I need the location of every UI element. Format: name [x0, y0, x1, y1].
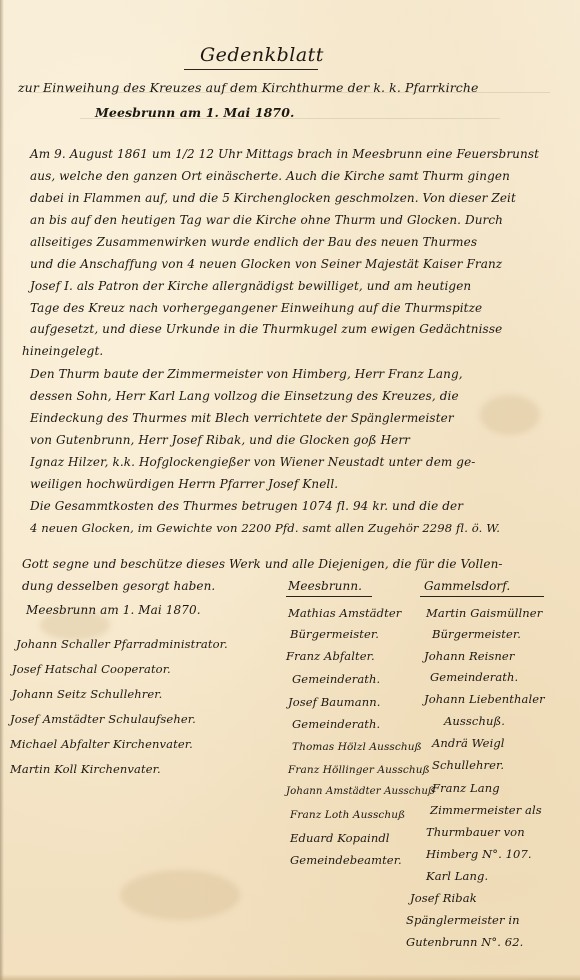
signatory: Franz Lang — [432, 781, 500, 795]
body-line: hineingelegt. — [22, 344, 103, 358]
signatory-role: Schullehrer. — [432, 758, 504, 772]
signatory: Franz Loth Ausschuß — [290, 809, 405, 821]
signatory: Johann Amstädter Ausschuß — [286, 786, 435, 797]
signatory-role: Gemeinderath. — [292, 717, 380, 731]
body-line: Ignaz Hilzer, k.k. Hofglockengießer von … — [30, 455, 475, 469]
signatory-role: Gemeinderath. — [430, 670, 518, 684]
paper-stain — [480, 395, 540, 435]
signatory: Franz Abfalter. — [286, 649, 375, 663]
signatory: Josef Amstädter Schulaufseher. — [10, 712, 196, 726]
signatory: Franz Höllinger Ausschuß — [288, 764, 430, 776]
column-heading-meesbrunn: Meesbrunn. — [288, 579, 362, 593]
signatory: Martin Koll Kirchenvater. — [10, 762, 161, 776]
body-line: Die Gesammtkosten des Thurmes betrugen 1… — [30, 499, 463, 513]
signatory: Johann Liebenthaler — [424, 692, 545, 706]
document-title: Gedenkblatt — [200, 44, 324, 66]
body-line: Eindeckung des Thurmes mit Blech verrich… — [30, 411, 454, 425]
signatory: Mathias Amstädter — [288, 606, 401, 620]
paper-stain — [120, 870, 240, 920]
body-line: weiligen hochwürdigen Herrn Pfarrer Jose… — [30, 477, 338, 491]
signatory-role: Bürgermeister. — [290, 627, 379, 641]
closing-line: dung desselben gesorgt haben. — [22, 579, 215, 593]
signatory: Andrä Weigl — [432, 736, 505, 750]
place-date: Meesbrunn am 1. Mai 1870. — [26, 603, 201, 617]
body-line: aus, welche den ganzen Ort einäscherte. … — [30, 169, 510, 183]
signatory: Karl Lang. — [426, 869, 488, 883]
signatory: Josef Ribak — [410, 891, 477, 905]
title-underline — [184, 69, 318, 70]
body-line: an bis auf den heutigen Tag war die Kirc… — [30, 213, 503, 227]
signatory-role: Gemeinderath. — [292, 672, 380, 686]
body-line: Am 9. August 1861 um 1/2 12 Uhr Mittags … — [30, 147, 539, 161]
signatory-role: Thurmbauer von — [426, 825, 525, 839]
signatory: Josef Baumann. — [288, 695, 381, 709]
signatory-role: Bürgermeister. — [432, 627, 521, 641]
body-line: Tage des Kreuz nach vorhergegangener Ein… — [30, 301, 482, 315]
body-line: von Gutenbrunn, Herr Josef Ribak, und di… — [30, 433, 410, 447]
signatory-role: Gutenbrunn N°. 62. — [406, 935, 523, 949]
signatory: Eduard Kopaindl — [290, 831, 390, 845]
signatory: Martin Gaismüllner — [426, 606, 542, 620]
signatory: Johann Seitz Schullehrer. — [12, 687, 162, 701]
signatory-role: Ausschuß. — [444, 714, 505, 728]
body-line: dabei in Flammen auf, und die 5 Kircheng… — [30, 191, 516, 205]
signatory: Josef Hatschal Cooperator. — [12, 662, 171, 676]
body-line: 4 neuen Glocken, im Gewichte von 2200 Pf… — [30, 521, 500, 535]
body-line: allseitiges Zusammenwirken wurde endlich… — [30, 235, 477, 249]
signatory-role: Gemeindebeamter. — [290, 853, 402, 867]
heading-underline — [286, 596, 372, 597]
closing-line: Gott segne und beschütze dieses Werk und… — [22, 557, 503, 571]
subtitle-line: Meesbrunn am 1. Mai 1870. — [95, 105, 294, 120]
signatory: Michael Abfalter Kirchenvater. — [10, 737, 193, 751]
paper-edge-left — [0, 0, 4, 980]
paper-edge-bottom — [0, 974, 580, 980]
signatory: Johann Reisner — [424, 649, 514, 663]
column-heading-gammelsdorf: Gammelsdorf. — [424, 579, 510, 593]
body-line: dessen Sohn, Herr Karl Lang vollzog die … — [30, 389, 459, 403]
signatory-role: Zimmermeister als — [430, 803, 542, 817]
body-line: aufgesetzt, und diese Urkunde in die Thu… — [30, 322, 502, 336]
signatory-role: Himberg N°. 107. — [426, 847, 532, 861]
subtitle-line: zur Einweihung des Kreuzes auf dem Kirch… — [18, 80, 479, 95]
signatory-role: Spänglermeister in — [406, 913, 520, 927]
body-line: Josef I. als Patron der Kirche allergnäd… — [30, 279, 471, 293]
body-line: Den Thurm baute der Zimmermeister von Hi… — [30, 367, 463, 381]
heading-underline — [420, 596, 544, 597]
signatory: Johann Schaller Pfarradministrator. — [16, 637, 228, 651]
signatory: Thomas Hölzl Ausschuß — [292, 741, 422, 753]
body-line: und die Anschaffung von 4 neuen Glocken … — [30, 257, 502, 271]
